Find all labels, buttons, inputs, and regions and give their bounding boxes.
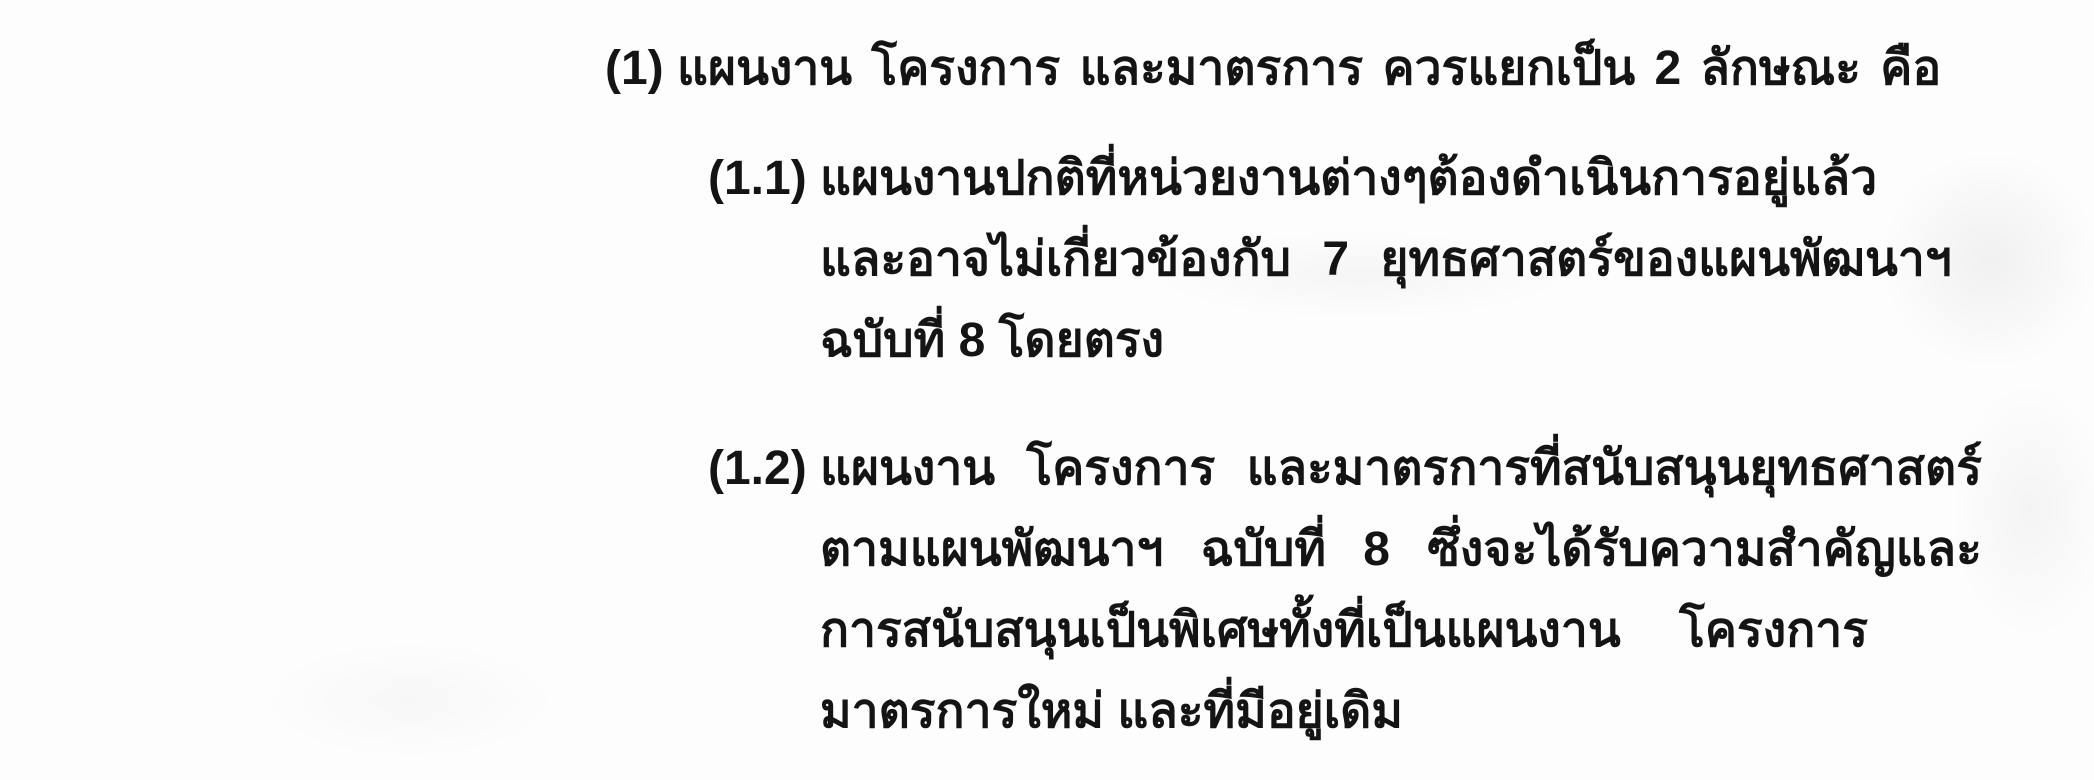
item-1-2-line-3-left: การสนับสนุนเป็นพิเศษทั้งที่เป็นแผนงาน: [820, 590, 1621, 671]
item-1-2-line-2: ตามแผนพัฒนาฯ ฉบับที่ 8 ซึ่งจะได้รับความส…: [820, 509, 1868, 590]
item-1-1-line-2: และอาจไม่เกี่ยวข้องกับ 7 ยุทธศาสตร์ของแผ…: [820, 219, 1868, 300]
item-1-2-line-3: การสนับสนุนเป็นพิเศษทั้งที่เป็นแผนงาน โค…: [820, 590, 1868, 671]
item-1-2-line-1: แผนงาน โครงการ และมาตรการที่สนับสนุนยุทธ…: [820, 428, 1868, 509]
document-page: (1) แผนงาน โครงการ และมาตรการ ควรแยกเป็น…: [0, 0, 2094, 780]
item-1-1-line-3: ฉบับที่ 8 โดยตรง: [820, 300, 1868, 381]
scan-smudge: [260, 640, 560, 760]
scan-smudge: [1950, 380, 2094, 640]
item-1-2-body: แผนงาน โครงการ และมาตรการที่สนับสนุนยุทธ…: [820, 428, 1868, 752]
item-1-1-line-1-right: ต้องดำเนินการอยู่แล้ว: [1428, 138, 1878, 219]
item-1-2-line-3-right: โครงการ: [1679, 590, 1868, 671]
item-1-1-number: (1.1): [708, 138, 807, 219]
item-1-2-line-4: มาตรการใหม่ และที่มีอยู่เดิม: [820, 671, 1868, 752]
item-1-1-line-1: แผนงานปกติที่หน่วยงานต่างๆ ต้องดำเนินการ…: [820, 138, 1868, 219]
item-1-1-body: แผนงานปกติที่หน่วยงานต่างๆ ต้องดำเนินการ…: [820, 138, 1868, 381]
item-1-1-line-1-left: แผนงานปกติที่หน่วยงานต่างๆ: [820, 138, 1428, 219]
item-1-number: (1): [605, 28, 664, 109]
item-1-text: แผนงาน โครงการ และมาตรการ ควรแยกเป็น 2 ล…: [677, 28, 1941, 109]
item-1-2-number: (1.2): [708, 428, 807, 509]
